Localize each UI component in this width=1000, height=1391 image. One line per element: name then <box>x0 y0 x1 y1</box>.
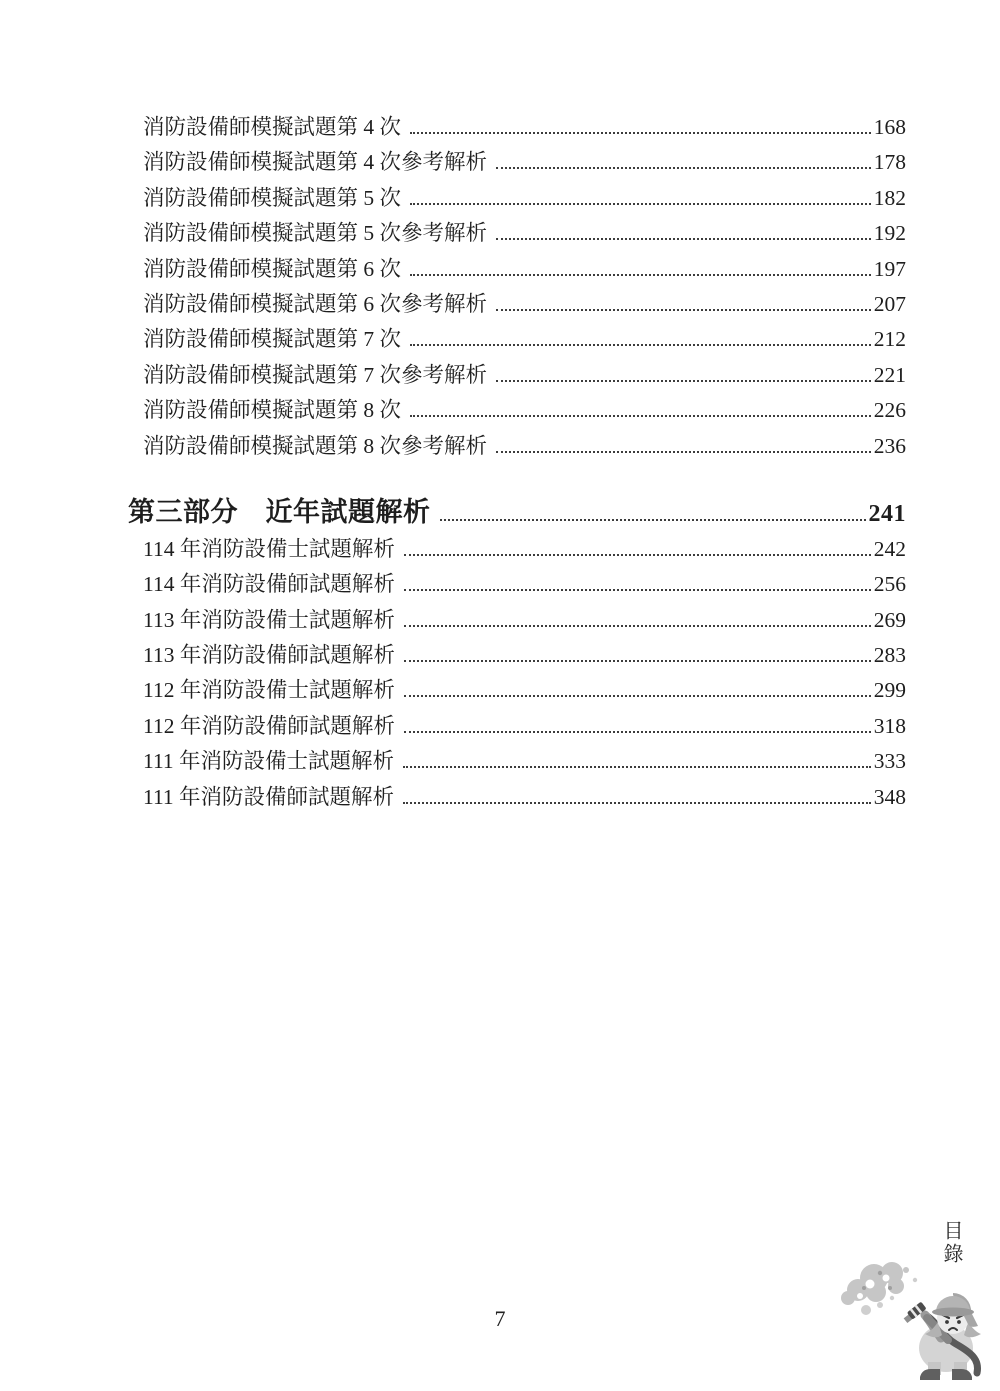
toc-entry-page: 221 <box>874 363 906 388</box>
toc-entry-title: 113 年消防設備師試題解析 <box>143 638 395 669</box>
toc-entry: 114 年消防設備士試題解析 242 <box>128 532 906 567</box>
dotted-leader <box>496 451 871 453</box>
toc-entry: 消防設備師模擬試題第 7 次 212 <box>128 322 906 357</box>
toc-entry-title: 114 年消防設備士試題解析 <box>143 532 395 563</box>
dotted-leader <box>496 309 871 311</box>
toc-page: 消防設備師模擬試題第 4 次 168 消防設備師模擬試題第 4 次參考解析 17… <box>0 0 1000 1391</box>
toc-entry: 消防設備師模擬試題第 5 次 182 <box>128 181 906 216</box>
dotted-leader <box>404 554 871 556</box>
toc-section-header: 第三部分 近年試題解析 241 <box>128 490 906 532</box>
toc-entry-page: 197 <box>874 257 906 282</box>
dotted-leader <box>404 625 871 627</box>
dotted-leader <box>410 274 871 276</box>
dotted-leader <box>404 731 871 733</box>
toc-entry-page: 318 <box>874 714 906 739</box>
toc-entry-title: 消防設備師模擬試題第 7 次 <box>143 322 401 353</box>
toc-entry-page: 333 <box>874 749 906 774</box>
toc-entry-title: 消防設備師模擬試題第 6 次 <box>143 252 401 283</box>
dotted-leader <box>496 238 871 240</box>
toc-entry: 消防設備師模擬試題第 6 次參考解析 207 <box>128 287 906 322</box>
toc-entry: 112 年消防設備師試題解析 318 <box>128 709 906 744</box>
dotted-leader <box>410 132 871 134</box>
toc-entry-page: 256 <box>874 572 906 597</box>
toc-entry-title: 112 年消防設備師試題解析 <box>143 709 395 740</box>
toc-entry-title: 114 年消防設備師試題解析 <box>143 567 395 598</box>
dotted-leader <box>404 660 871 662</box>
toc-entry: 113 年消防設備師試題解析 283 <box>128 638 906 673</box>
toc-entry-page: 178 <box>874 150 906 175</box>
dotted-leader <box>410 344 871 346</box>
toc-entry-page: 226 <box>874 398 906 423</box>
toc-entry-page: 236 <box>874 434 906 459</box>
dotted-leader <box>404 695 871 697</box>
toc-entry: 111 年消防設備士試題解析 333 <box>128 744 906 779</box>
toc-entry-page: 168 <box>874 115 906 140</box>
toc-entry: 消防設備師模擬試題第 7 次參考解析 221 <box>128 358 906 393</box>
toc-list: 消防設備師模擬試題第 4 次 168 消防設備師模擬試題第 4 次參考解析 17… <box>128 110 906 815</box>
dotted-leader <box>440 519 866 521</box>
toc-entry: 111 年消防設備師試題解析 348 <box>128 780 906 815</box>
dotted-leader <box>496 380 871 382</box>
dotted-leader <box>403 802 871 804</box>
toc-entry-title: 111 年消防設備師試題解析 <box>143 780 394 811</box>
toc-entry-title: 113 年消防設備士試題解析 <box>143 603 395 634</box>
toc-entry-title: 消防設備師模擬試題第 5 次 <box>143 181 401 212</box>
toc-entry-page: 212 <box>874 327 906 352</box>
dotted-leader <box>410 203 871 205</box>
toc-entry: 消防設備師模擬試題第 4 次參考解析 178 <box>128 145 906 180</box>
toc-entry: 消防設備師模擬試題第 8 次 226 <box>128 393 906 428</box>
toc-entry: 消防設備師模擬試題第 8 次參考解析 236 <box>128 429 906 464</box>
toc-entry-title: 112 年消防設備士試題解析 <box>143 673 395 704</box>
toc-entry-page: 269 <box>874 608 906 633</box>
toc-entry: 113 年消防設備士試題解析 269 <box>128 603 906 638</box>
dotted-leader <box>404 589 871 591</box>
toc-entry-page: 348 <box>874 785 906 810</box>
toc-entry-page: 299 <box>874 678 906 703</box>
toc-entry-title: 消防設備師模擬試題第 6 次參考解析 <box>143 287 487 318</box>
dotted-leader <box>403 766 871 768</box>
page-number: 7 <box>0 1306 1000 1332</box>
dotted-leader <box>496 167 871 169</box>
toc-entry: 114 年消防設備師試題解析 256 <box>128 567 906 602</box>
toc-entry-title: 消防設備師模擬試題第 8 次 <box>143 393 401 424</box>
toc-entry-title: 消防設備師模擬試題第 8 次參考解析 <box>143 429 487 460</box>
toc-entry-page: 182 <box>874 186 906 211</box>
toc-section-title: 第三部分 近年試題解析 <box>128 490 431 529</box>
toc-entry-page: 242 <box>874 537 906 562</box>
toc-entry-title: 111 年消防設備士試題解析 <box>143 744 394 775</box>
toc-entry: 消防設備師模擬試題第 6 次 197 <box>128 252 906 287</box>
toc-entry-title: 消防設備師模擬試題第 7 次參考解析 <box>143 358 487 389</box>
toc-entry-title: 消防設備師模擬試題第 5 次參考解析 <box>143 216 487 247</box>
toc-entry-page: 192 <box>874 221 906 246</box>
toc-section-page: 241 <box>869 501 907 528</box>
toc-entry: 消防設備師模擬試題第 4 次 168 <box>128 110 906 145</box>
toc-entry: 消防設備師模擬試題第 5 次參考解析 192 <box>128 216 906 251</box>
dotted-leader <box>410 415 871 417</box>
toc-entry-page: 207 <box>874 292 906 317</box>
toc-entry-title: 消防設備師模擬試題第 4 次參考解析 <box>143 145 487 176</box>
toc-entry-title: 消防設備師模擬試題第 4 次 <box>143 110 401 141</box>
toc-entry-page: 283 <box>874 643 906 668</box>
toc-entry: 112 年消防設備士試題解析 299 <box>128 673 906 708</box>
